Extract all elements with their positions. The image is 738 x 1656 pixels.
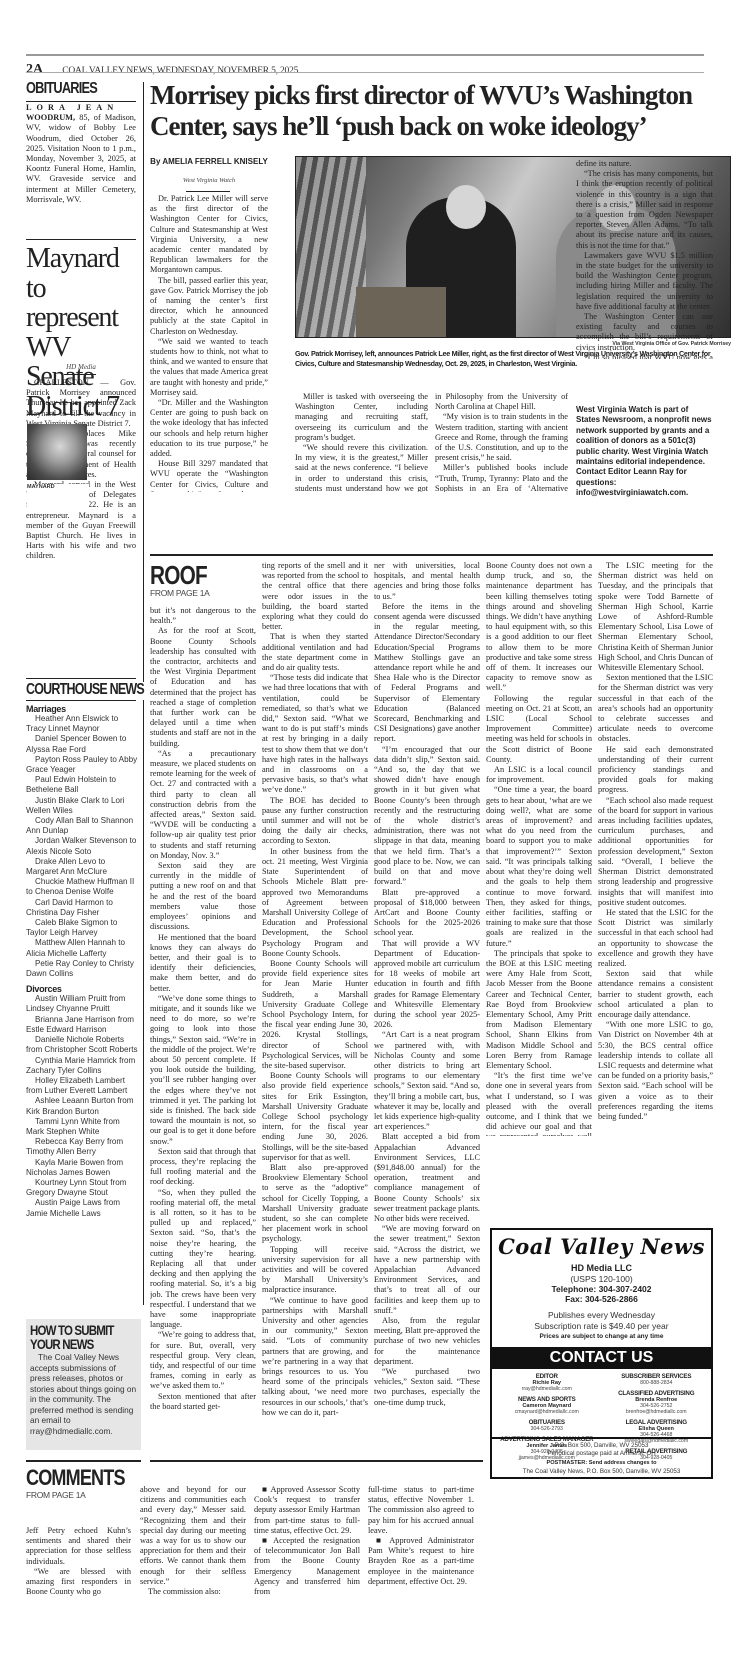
wv-watch-tagline: West Virginia Watch is part of States Ne… bbox=[576, 405, 713, 499]
page-number: 2A bbox=[26, 62, 43, 77]
maynard-photo-caption: MAYNARD bbox=[27, 484, 89, 510]
paragraph: An LSIC is a local council for improveme… bbox=[486, 765, 592, 785]
paragraph: Sexton mentioned that after the board st… bbox=[150, 1392, 256, 1412]
paragraph: “We should revere this civilization. In … bbox=[295, 443, 428, 492]
obituaries-heading: OBITUARIES bbox=[26, 80, 97, 98]
roof-column-3: ner with universities, local hospitals, … bbox=[374, 561, 480, 1446]
list-item: Rebecca Kay Berry from Timothy Allen Ber… bbox=[26, 1137, 138, 1157]
roof-column-2: ting reports of the smell and it was rep… bbox=[262, 561, 368, 1446]
paragraph: Boone County Schools will provide field … bbox=[262, 959, 368, 1071]
paragraph: Topping will receive university supervis… bbox=[262, 1245, 368, 1296]
paragraph: “We said we wanted to teach students how… bbox=[150, 337, 268, 398]
list-item: Cody Allan Ball to Shannon Ann Dunlap bbox=[26, 816, 138, 836]
comments-column-1: Jeff Petry echoed Kuhn’s sentiments and … bbox=[26, 1526, 131, 1616]
column-divider bbox=[143, 700, 144, 1305]
paragraph: The LSIC meeting for the Sherman distric… bbox=[598, 561, 713, 673]
list-item: Cynthia Marie Hamrick from Zachary Tyler… bbox=[26, 1056, 138, 1076]
contact-value: 304-526-2793 bbox=[492, 1426, 602, 1432]
paragraph: “So, when they pulled the roofing materi… bbox=[150, 1188, 256, 1331]
section-rule bbox=[26, 1460, 141, 1462]
obituaries-rule bbox=[26, 101, 136, 102]
roof-column-4: Boone County does not own a dump truck, … bbox=[486, 561, 592, 1136]
podium bbox=[356, 287, 446, 338]
paragraph: Boone County does not own a dump truck, … bbox=[486, 561, 592, 694]
roof-column-5: The LSIC meeting for the Sherman distric… bbox=[598, 561, 713, 1136]
roof-from-page: FROM PAGE 1A bbox=[150, 588, 210, 598]
paragraph: “Each school also made request of the bo… bbox=[598, 796, 713, 908]
comments-column-3: ■ Approved Assessor Scotty Cook’s reques… bbox=[254, 1485, 360, 1615]
paragraph: Sexton said they are currently in the mi… bbox=[150, 861, 256, 932]
paragraph: The bill, passed earlier this year, gave… bbox=[150, 276, 268, 337]
marriages-list: Heather Ann Elswick to Tracy Linnet Mayn… bbox=[26, 714, 138, 979]
paragraph: As for the roof at Scott, Boone County S… bbox=[150, 626, 256, 748]
lead-source: West Virginia Watch bbox=[150, 177, 268, 184]
paragraph: “As a precautionary measure, we placed s… bbox=[150, 749, 256, 861]
paragraph: Blatt pre-approved a proposal of $18,000… bbox=[374, 888, 480, 939]
figure-left-head bbox=[446, 185, 486, 229]
headline-line: Center, says he’ll ‘push back on woke id… bbox=[150, 111, 710, 142]
courthouse-underline bbox=[26, 700, 136, 701]
paragraph: “We’ve done some things to mitigate, and… bbox=[150, 994, 256, 1147]
paragraph: “We continue to have good partnerships w… bbox=[262, 1296, 368, 1418]
paragraph: That will provide a WV Department of Edu… bbox=[374, 939, 480, 1031]
paragraph: above and beyond for our citizens and co… bbox=[140, 1485, 246, 1587]
list-item: Justin Blake Clark to Lori Wellen Wiles bbox=[26, 796, 138, 816]
list-item: Payton Ross Pauley to Abby Grace Yeager bbox=[26, 755, 138, 775]
paragraph: Jeff Petry echoed Kuhn’s sentiments and … bbox=[26, 1526, 131, 1567]
paragraph: The principals that spoke to the BOE at … bbox=[486, 949, 592, 1071]
paragraph: The BOE has decided to pause any further… bbox=[262, 796, 368, 847]
column-divider bbox=[143, 82, 144, 682]
paragraph: “Dr. Miller and the Washington Center ar… bbox=[150, 398, 268, 459]
roof-kicker: ROOF bbox=[150, 560, 207, 591]
paragraph: Boone County Schools will also provide f… bbox=[262, 1071, 368, 1163]
paragraph: He said each demonstrated understanding … bbox=[598, 745, 713, 796]
list-item: Brianna Jane Harrison from Estle Edward … bbox=[26, 1015, 138, 1035]
paragraph: ner with universities, local hospitals, … bbox=[374, 561, 480, 602]
lead-column-2: Miller is tasked with overseeing the Was… bbox=[295, 392, 428, 492]
paragraph: “It’s the first time we’ve done one in s… bbox=[486, 1071, 592, 1136]
newspaper-logo: Coal Valley News bbox=[492, 1234, 711, 1259]
contact-us-heading: CONTACT US bbox=[492, 1347, 711, 1369]
maynard-photo bbox=[27, 424, 87, 480]
list-item: Austin William Pruitt from Lindsey Chyan… bbox=[26, 994, 138, 1014]
paragraph: but it’s not dangerous to the health.” bbox=[150, 606, 256, 626]
postage-info: Periodical postage paid at Amherst, OH bbox=[492, 1450, 711, 1457]
list-item: Jordan Walker Stevenson to Alexis Nicole… bbox=[26, 836, 138, 856]
paragraph: In other business from the oct. 21 meeti… bbox=[262, 847, 368, 959]
comments-column-4: full-time status to part-time status, ef… bbox=[368, 1485, 474, 1615]
list-item: Carl David Harmon to Christina Day Fishe… bbox=[26, 898, 138, 918]
paragraph: The Washington Center can use existing f… bbox=[576, 312, 713, 353]
contact-divider bbox=[492, 1437, 711, 1439]
list-item: Paul Edwin Holstein to Bethelene Ball bbox=[26, 775, 138, 795]
paragraph: Miller’s published books include “Truth,… bbox=[435, 463, 568, 492]
submit-news-box: HOW TO SUBMIT YOUR NEWS The Coal Valley … bbox=[26, 1319, 141, 1450]
courthouse-rule bbox=[26, 678, 136, 679]
lead-headline: Morrisey picks first director of WVU’s W… bbox=[150, 80, 710, 142]
dateline: COAL VALLEY NEWS, WEDNESDAY, NOVEMBER 5,… bbox=[62, 66, 298, 76]
comments-kicker: COMMENTS bbox=[26, 1465, 125, 1491]
subscription-rate: Subscription rate is $49.40 per year bbox=[492, 1321, 711, 1331]
obituary-entry: LORA JEAN WOODRUM, 85, of Madison, WV, w… bbox=[26, 103, 136, 205]
paragraph: He mentioned that the board knows they c… bbox=[150, 933, 256, 994]
submit-heading: HOW TO SUBMIT YOUR NEWS bbox=[30, 1323, 137, 1351]
contact-value: rray@hdmediallc.com bbox=[492, 1386, 602, 1392]
telephone: Telephone: 304-307-2402 bbox=[492, 1284, 711, 1294]
paragraph: “We’re going to address that, for sure. … bbox=[150, 1330, 256, 1391]
headline-line: Morrisey picks first director of WVU’s W… bbox=[150, 80, 710, 111]
section-rule bbox=[150, 1460, 483, 1462]
list-item: Ashlee Leaann Burton from Kirk Brandon B… bbox=[26, 1096, 138, 1116]
paragraph: “We purchased two vehicles,” Sexton said… bbox=[374, 1367, 480, 1408]
contact-label: CLASSIFIED ADVERTISING bbox=[602, 1390, 712, 1397]
comments-column-2: above and beyond for our citizens and co… bbox=[140, 1485, 246, 1615]
maynard-story: CHARLESTON — Gov. Patrick Morrisey annou… bbox=[26, 378, 136, 668]
contact-label: EDITOR bbox=[492, 1373, 602, 1380]
paragraph: That is when they started additional ven… bbox=[262, 632, 368, 673]
prices-note: Prices are subject to change at any time bbox=[492, 1333, 711, 1340]
usps-number: (USPS 120-100) bbox=[492, 1274, 711, 1284]
contact-box: Coal Valley News HD Media LLC (USPS 120-… bbox=[490, 1228, 713, 1479]
paragraph: Blatt accepted a bid from Appalachian Ad… bbox=[374, 1132, 480, 1224]
paragraph: ting reports of the smell and it was rep… bbox=[262, 561, 368, 632]
paragraph: The commission also: bbox=[140, 1587, 246, 1597]
paragraph: “I’m so pleased that WVU now gets a chan… bbox=[576, 353, 713, 359]
list-item: Austin Paige Laws from Jamie Michelle La… bbox=[26, 1198, 138, 1218]
publisher-name: HD Media LLC bbox=[492, 1263, 711, 1273]
contact-label: OBITUARIES bbox=[492, 1419, 602, 1426]
byline-rule bbox=[64, 374, 96, 375]
paragraph: “We are blessed with amazing first respo… bbox=[26, 1567, 131, 1598]
list-item: Holley Elizabeth Lambert from Luther Eve… bbox=[26, 1076, 138, 1096]
section-rule bbox=[150, 554, 713, 556]
contact-value: cmaynard@hdmediallc.com bbox=[492, 1409, 602, 1415]
courthouse-heading: COURTHOUSE NEWS bbox=[26, 681, 144, 699]
list-item: Kayla Marie Bowen from Nicholas James Bo… bbox=[26, 1158, 138, 1178]
list-item: Heather Ann Elswick to Tracy Linnet Mayn… bbox=[26, 714, 138, 734]
paragraph: “I’m encouraged that our data didn’t sli… bbox=[374, 745, 480, 888]
roof-column-1: but it’s not dangerous to the health.” A… bbox=[150, 606, 256, 1446]
maynard-rule bbox=[26, 239, 136, 240]
list-item: Drake Allen Levo to Margaret Ann McClure bbox=[26, 857, 138, 877]
contact-label: SUBSCRIBER SERVICES bbox=[602, 1373, 712, 1380]
contact-entry: CLASSIFIED ADVERTISINGBrenda Renfroe304-… bbox=[602, 1390, 712, 1415]
paragraph: “One time a year, the board gets to hear… bbox=[486, 785, 592, 948]
paragraph: define its nature. bbox=[576, 159, 713, 169]
paragraph: Dr. Patrick Lee Miller will serve as the… bbox=[150, 194, 268, 276]
paragraph: Before the items in the consent agenda w… bbox=[374, 602, 480, 745]
mailing-address: P.O. Box 500, Danville, WV 25053 bbox=[492, 1442, 711, 1449]
paragraph: in Philosophy from the University of Nor… bbox=[435, 392, 568, 412]
fax: Fax: 304-526-2866 bbox=[492, 1294, 711, 1304]
paragraph: Lawmakers gave WVU $1.5 million in the s… bbox=[576, 251, 713, 312]
publishes-schedule: Publishes every Wednesday bbox=[492, 1310, 711, 1320]
obituary-text: 85, of Madison, WV, widow of Bobby Lee W… bbox=[26, 113, 136, 204]
paragraph: Miller is tasked with overseeing the Was… bbox=[295, 392, 428, 443]
contact-label: NEWS AND SPORTS bbox=[492, 1396, 602, 1403]
contact-entry: EDITORRichie Rayrray@hdmediallc.com bbox=[492, 1373, 602, 1392]
paragraph: ■ Approved Assessor Scotty Cook’s reques… bbox=[254, 1485, 360, 1536]
list-item: Danielle Nichole Roberts from Christophe… bbox=[26, 1035, 138, 1055]
list-item: Tammi Lynn White from Mark Stephen White bbox=[26, 1117, 138, 1137]
list-item: Petie Ray Conley to Christy Dawn Collins bbox=[26, 959, 138, 979]
list-item: Kourtney Lynn Stout from Gregory Dwayne … bbox=[26, 1178, 138, 1198]
paragraph: Sexton mentioned that the LSIC for the S… bbox=[598, 673, 713, 744]
paragraph: “Art Cart is a neat program we partnered… bbox=[374, 1030, 480, 1132]
comments-from-page: FROM PAGE 1A bbox=[26, 1490, 86, 1500]
paragraph: “The crisis has many components, but I t… bbox=[576, 169, 713, 251]
paragraph: ■ Accepted the resignation of telecommun… bbox=[254, 1536, 360, 1597]
divorces-heading: Divorces bbox=[26, 984, 138, 994]
lead-column-3: in Philosophy from the University of Nor… bbox=[435, 392, 568, 492]
maynard-paragraph: CHARLESTON — Gov. Patrick Morrisey annou… bbox=[26, 378, 136, 429]
paragraph: Also, from the regular meeting, Blatt pr… bbox=[374, 1316, 480, 1367]
contact-entry: OBITUARIES304-526-2793 bbox=[492, 1419, 602, 1432]
byline-rule bbox=[186, 191, 230, 192]
list-item: Matthew Allen Hannah to Alicia Michelle … bbox=[26, 938, 138, 958]
contact-value: 800-888-2834 bbox=[602, 1380, 712, 1386]
paragraph: Sexton said that while attendance remain… bbox=[598, 969, 713, 1020]
list-item: Chuckie Mathew Huffman II to Chenoa Deni… bbox=[26, 877, 138, 897]
contact-entry: NEWS AND SPORTSCameron Maynardcmaynard@h… bbox=[492, 1396, 602, 1415]
contact-value: brenfroe@hdmediallc.com bbox=[602, 1409, 712, 1415]
lead-byline: By AMELIA FERRELL KNISELY bbox=[150, 157, 268, 167]
list-item: Daniel Spencer Bowen to Alyssa Rae Ford bbox=[26, 734, 138, 754]
courthouse-list: Marriages Heather Ann Elswick to Tracy L… bbox=[26, 704, 138, 1219]
marriages-heading: Marriages bbox=[26, 704, 138, 714]
paragraph: Blatt also pre-approved Brookview Elemen… bbox=[262, 1163, 368, 1245]
lead-column-4: define its nature. “The crisis has many … bbox=[576, 159, 713, 359]
obituary-last-name: WOODRUM, bbox=[26, 113, 75, 122]
list-item: Caleb Blake Sigmon to Taylor Leigh Harve… bbox=[26, 918, 138, 938]
contact-entry: LEGAL ADVERTISINGElisha Queen304-526-446… bbox=[602, 1419, 712, 1444]
contact-label: LEGAL ADVERTISING bbox=[602, 1419, 712, 1426]
paragraph: House Bill 3297 mandated that WVU operat… bbox=[150, 459, 268, 492]
maynard-byline: HD Media bbox=[26, 363, 136, 371]
paragraph: full-time status to part-time status, ef… bbox=[368, 1485, 474, 1536]
paragraph: He stated that the LSIC for the Scott Di… bbox=[598, 908, 713, 969]
obituary-first-name: LORA JEAN bbox=[26, 103, 118, 112]
postmaster-address: The Coal Valley News, P.O. Box 500, Danv… bbox=[492, 1468, 711, 1475]
paragraph: Following the regular meeting on Oct. 21… bbox=[486, 694, 592, 765]
lead-column-1: Dr. Patrick Lee Miller will serve as the… bbox=[150, 194, 268, 492]
submit-text: The Coal Valley News accepts submissions… bbox=[30, 1352, 138, 1436]
paragraph: “My vision is to train students in the W… bbox=[435, 412, 568, 463]
contact-entry: SUBSCRIBER SERVICES800-888-2834 bbox=[602, 1373, 712, 1386]
paragraph: “We are moving forward on the sewer trea… bbox=[374, 1224, 480, 1316]
divorces-list: Austin William Pruitt from Lindsey Chyan… bbox=[26, 994, 138, 1218]
paragraph: “With one more LSIC to go, Van District … bbox=[598, 1020, 713, 1122]
paragraph: “Those tests did indicate that we had th… bbox=[262, 673, 368, 795]
postmaster-note: POSTMASTER: Send address changes to bbox=[492, 1460, 711, 1466]
top-rule bbox=[26, 54, 704, 56]
folio-rule bbox=[26, 72, 704, 73]
paragraph: ■ Approved Administrator Pam White’s req… bbox=[368, 1536, 474, 1587]
paragraph: Sexton said that through that process, t… bbox=[150, 1147, 256, 1188]
